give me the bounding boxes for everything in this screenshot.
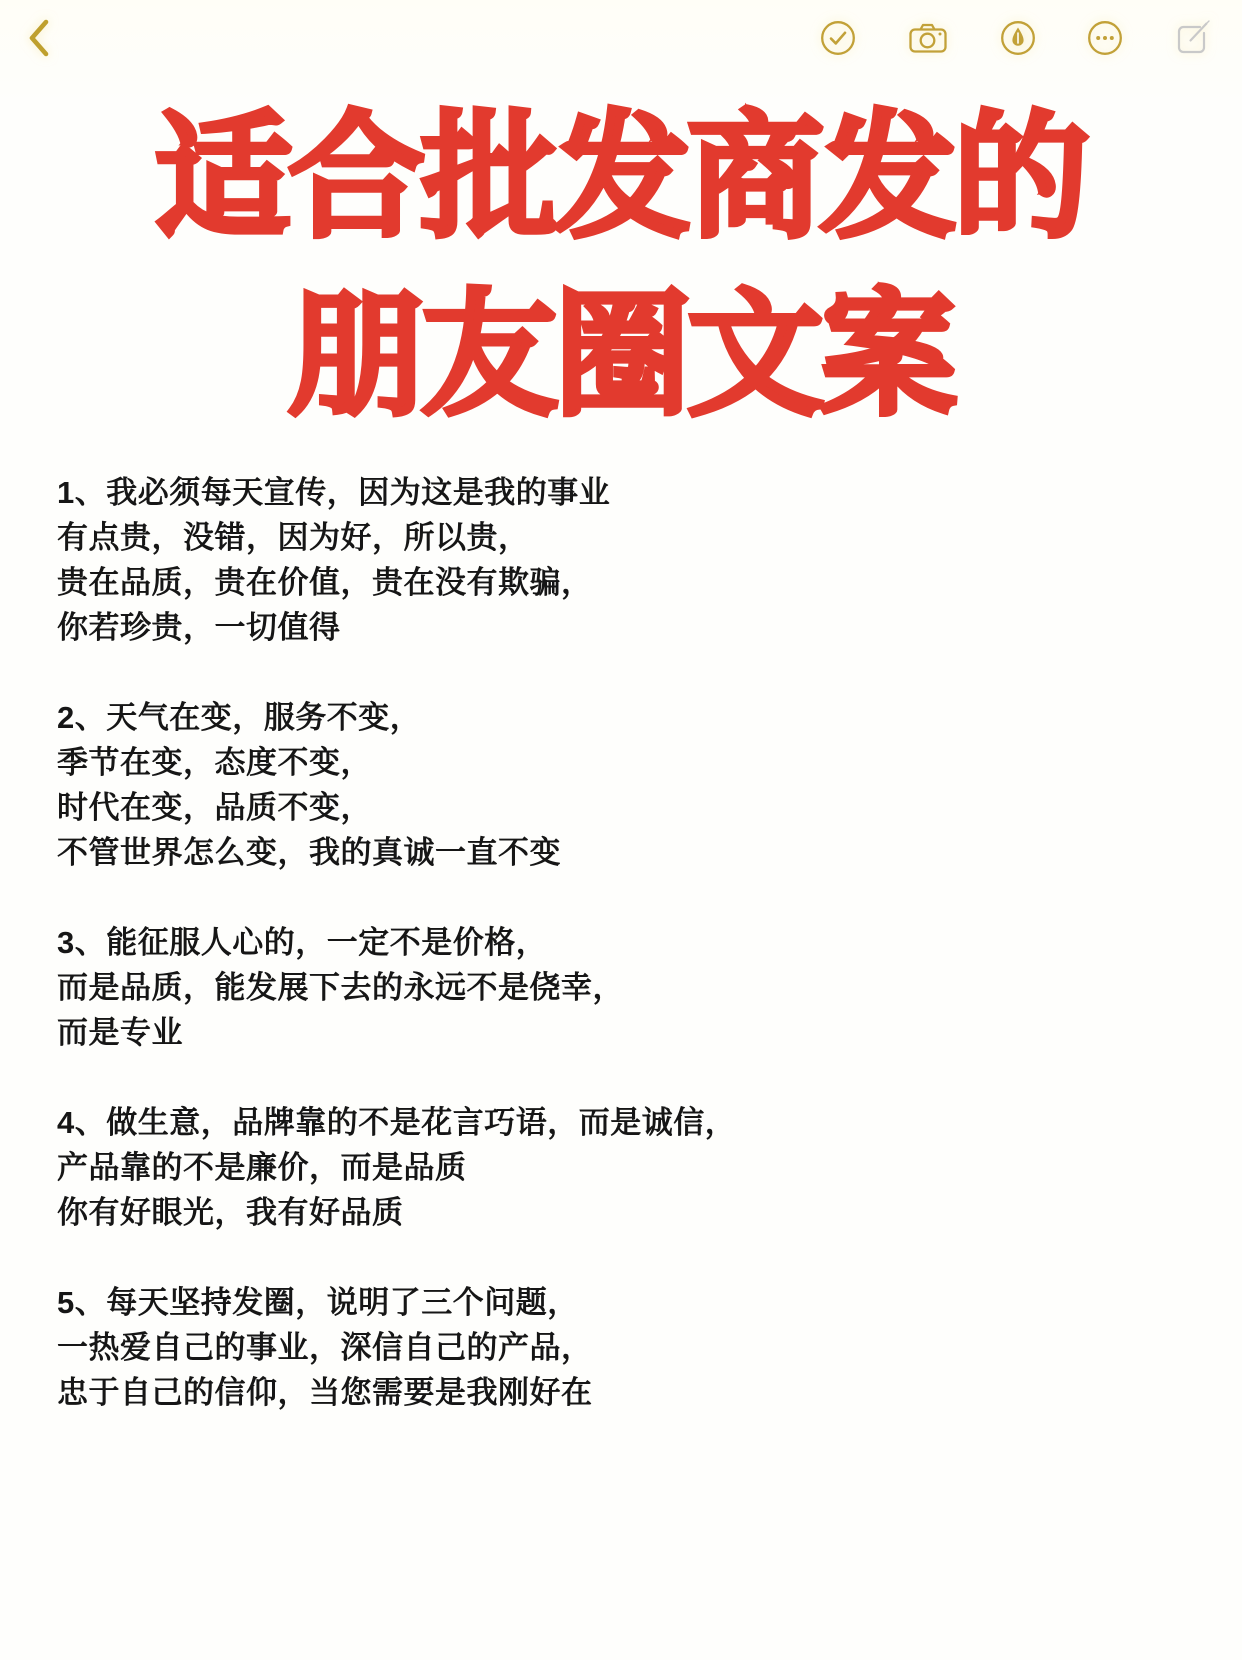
note-line: 5、每天坚持发圈，说明了三个问题， <box>57 1280 1206 1325</box>
note-line: 产品靠的不是廉价，而是品质 <box>57 1145 1206 1190</box>
note-paragraph-2: 2、天气在变，服务不变， 季节在变，态度不变， 时代在变，品质不变， 不管世界怎… <box>57 695 1206 875</box>
note-line: 2、天气在变，服务不变， <box>57 695 1206 740</box>
note-line: 你若珍贵，一切值得 <box>57 605 1206 650</box>
note-line: 一热爱自己的事业，深信自己的产品， <box>57 1325 1206 1370</box>
note-line: 而是专业 <box>57 1010 1206 1055</box>
note-title: 适合批发商发的 朋友圈文案 <box>0 88 1242 444</box>
note-line: 1、我必须每天宣传，因为这是我的事业 <box>57 470 1206 515</box>
note-line: 季节在变，态度不变， <box>57 740 1206 785</box>
note-line: 4、做生意，品牌靠的不是花言巧语，而是诚信， <box>57 1100 1206 1145</box>
note-line: 3、能征服人心的，一定不是价格， <box>57 920 1206 965</box>
title-line-2: 朋友圈文案 <box>0 266 1242 444</box>
note-line: 贵在品质，贵在价值，贵在没有欺骗， <box>57 560 1206 605</box>
note-paragraph-3: 3、能征服人心的，一定不是价格， 而是品质，能发展下去的永远不是侥幸， 而是专业 <box>57 920 1206 1055</box>
title-line-1: 适合批发商发的 <box>0 88 1242 266</box>
note-line: 你有好眼光，我有好品质 <box>57 1190 1206 1235</box>
note-line: 时代在变，品质不变， <box>57 785 1206 830</box>
note-content[interactable]: 适合批发商发的 朋友圈文案 1、我必须每天宣传，因为这是我的事业 有点贵，没错，… <box>0 0 1242 1660</box>
note-line: 而是品质，能发展下去的永远不是侥幸， <box>57 965 1206 1010</box>
note-paragraph-5: 5、每天坚持发圈，说明了三个问题， 一热爱自己的事业，深信自己的产品， 忠于自己… <box>57 1280 1206 1415</box>
note-line: 不管世界怎么变，我的真诚一直不变 <box>57 830 1206 875</box>
note-line: 有点贵，没错，因为好，所以贵， <box>57 515 1206 560</box>
note-paragraph-1: 1、我必须每天宣传，因为这是我的事业 有点贵，没错，因为好，所以贵， 贵在品质，… <box>57 470 1206 650</box>
note-paragraph-4: 4、做生意，品牌靠的不是花言巧语，而是诚信， 产品靠的不是廉价，而是品质 你有好… <box>57 1100 1206 1235</box>
note-body: 1、我必须每天宣传，因为这是我的事业 有点贵，没错，因为好，所以贵， 贵在品质，… <box>57 470 1206 1460</box>
note-line: 忠于自己的信仰，当您需要是我刚好在 <box>57 1370 1206 1415</box>
